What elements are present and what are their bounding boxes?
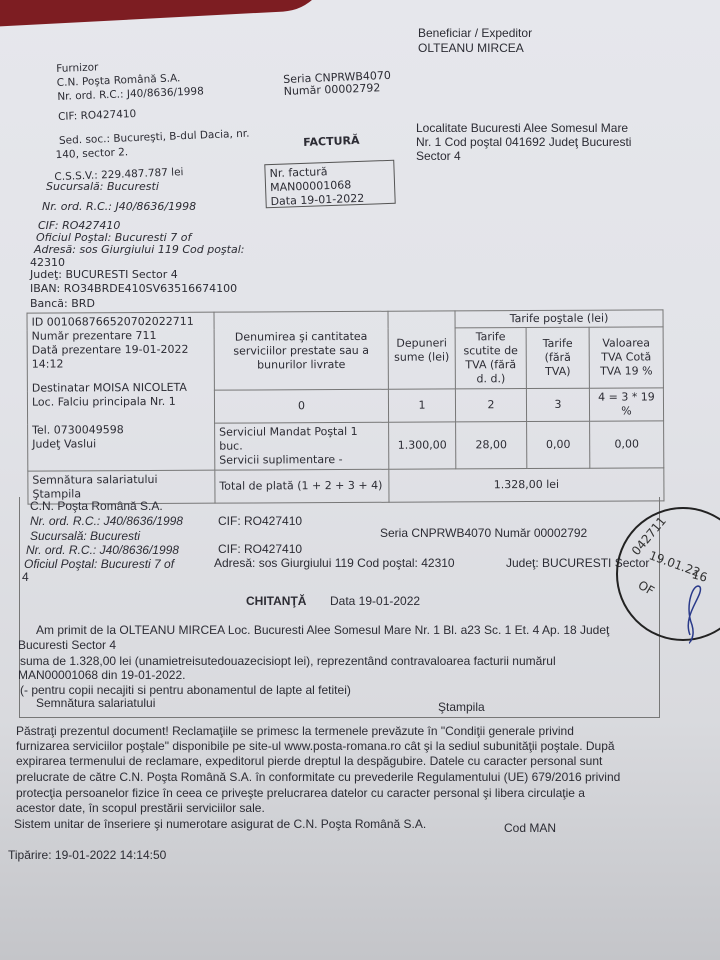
beneficiary-label: Beneficiar / Expeditor [418,26,532,40]
recipient-county: Judeţ Vaslui [32,437,210,452]
index-3: 3 [526,388,589,421]
receipt-cif-2: CIF: RO427410 [218,542,302,556]
beneficiary-address-1: Localitate Bucuresti Alee Somesul Mare [416,121,628,135]
recipient-name: Destinatar MOISA NICOLETA [32,381,210,396]
index-4: 4 = 3 * 19 % [589,388,663,421]
receipt-branch: Sucursală: Bucuresti [30,529,140,543]
invoice-table: ID 00106876652070202271​1 Număr prezenta… [27,309,665,504]
index-0: 0 [214,389,388,423]
receipt-address: Adresă: sos Giurgiului 119 Cod poştal: 4… [214,556,455,570]
notice-line-1: Păstraţi prezentul document! Reclamaţiil… [16,724,574,738]
receipt-line-3: suma de 1.328,00 lei (unamietreisutedoua… [20,654,556,668]
item-vat-value: 0,00 [590,421,664,468]
beneficiary-address-3: Sector 4 [416,149,461,163]
item-description-1: Serviciul Mandat Poştal 1 buc. [219,425,384,454]
receipt-stamp-label: Ştampila [438,700,485,714]
supplier-bank: Bancă: BRD [30,297,95,311]
beneficiary-address-2: Nr. 1 Cod poştal 041692 Judeţ Bucuresti [416,135,631,149]
invoice-document: Beneficiar / Expeditor OLTEANU MIRCEA Lo… [0,0,720,960]
presentation-time: 14:12 [32,357,210,372]
recipient-address: Loc. Falciu principala Nr. 1 [32,395,210,410]
header-vat-value: Valoarea TVA Cotă TVA 19 % [589,327,663,388]
header-deposits: Depuneri sume (lei) [388,311,455,389]
system-line: Sistem unitar de înseriere şi numerotare… [14,817,426,831]
stamp-office: OF [636,578,657,598]
notice-line-4: prelucrate de către C.N. Poşta Română S.… [16,770,620,784]
invoice-number-box: Nr. factură MAN00001068 Data 19-01-2022 [264,160,395,209]
receipt-date: Data 19-01-2022 [330,594,420,608]
receipt-line-4: MAN00001068 din 19-01-2022. [18,668,185,682]
presentation-date: Dată prezentare 19-01-2022 [32,343,210,358]
receipt-cif-1: CIF: RO427410 [218,514,302,528]
handwritten-signature [678,585,708,645]
supplier-branch: Sucursală: Bucuresti [46,180,159,194]
supplier-hq-1: Sed. soc.: Bucureşti, B-dul Dacia, nr. [59,127,250,148]
invoice-title: FACTURĂ [303,134,360,150]
notice-line-2: furnizarea serviciilor poştale" disponib… [16,739,615,753]
item-no-vat: 0,00 [527,421,590,468]
notice-line-3: expirarea termenului de reclamare, exped… [16,754,602,768]
receipt-line-5: (- pentru copii necajiti si pentru abona… [20,683,351,697]
receipt-line-2: Bucuresti Sector 4 [18,638,116,652]
receipt-county-cont: 4 [22,570,29,584]
item-vat-exempt: 28,00 [456,422,527,469]
background-red-surface [0,0,331,27]
series-numar: Număr 00002792 [283,81,380,99]
beneficiary-name: OLTEANU MIRCEA [418,41,524,55]
recipient-phone: Tel. 0730049598 [32,423,210,438]
receipt-series: Seria CNPRWB4070 Număr 00002792 [380,526,587,540]
index-2: 2 [455,389,526,422]
print-time: Tipărire: 19-01-2022 14:14:50 [8,848,166,862]
receipt-line-1: Am primit de la OLTEANU MIRCEA Loc. Bucu… [36,623,609,637]
header-postal-tariffs: Tarife poştale (lei) [455,310,663,328]
invoice-date: Data 19-01-2022 [270,191,390,209]
supplier-branch-reg: Nr. ord. R.C.: J40/8636/1998 [42,200,196,214]
supplier-address-1: Adresă: sos Giurgiului 119 Cod poştal: [34,243,244,257]
index-1: 1 [388,389,455,422]
header-no-vat: Tarife (fără TVA) [526,327,589,388]
presentation-id: ID 00106876652070202271​1 [32,315,210,330]
item-description-2: Servicii suplimentare - [219,453,384,468]
receipt-signature-label: Semnătura salariatului [36,696,155,710]
receipt-reg-2: Nr. ord. R.C.: J40/8636/1998 [26,543,179,557]
receipt-reg-1: Nr. ord. R.C.: J40/8636/1998 [30,514,183,528]
notice-line-6: acestor date, în scopul prestării servic… [16,801,265,815]
signature-label: Semnătura salariatului [32,473,210,488]
recipient-info-cell: ID 00106876652070202271​1 Număr prezenta… [27,312,215,471]
receipt-company: C.N. Poşta Română S.A. [30,499,163,513]
supplier-county: Judeţ: BUCURESTI Sector 4 [30,268,178,282]
presentation-number: Număr prezentare 711 [32,329,210,344]
header-description: Denumirea şi cantitatea serviciilor pres… [214,311,388,390]
supplier-hq-2: 140, sector 2. [55,145,128,162]
item-description: Serviciul Mandat Poştal 1 buc. Servicii … [215,422,389,470]
code-label: Cod MAN [504,821,556,835]
stamp-time: 16 [690,567,708,584]
supplier-iban: IBAN: RO34BRDE410SV63516674100 [30,282,237,296]
item-deposits: 1.300,00 [389,422,456,469]
notice-line-5: protecţia persoanelor fizice în ceea ce … [16,786,585,800]
supplier-cif: CIF: RO427410 [58,107,137,124]
header-vat-exempt: Tarife scutite de TVA (fără d. d.) [455,328,526,389]
receipt-title: CHITANŢĂ [246,594,306,608]
receipt-post-office: Oficiul Poştal: Bucuresti 7 of [24,557,174,571]
